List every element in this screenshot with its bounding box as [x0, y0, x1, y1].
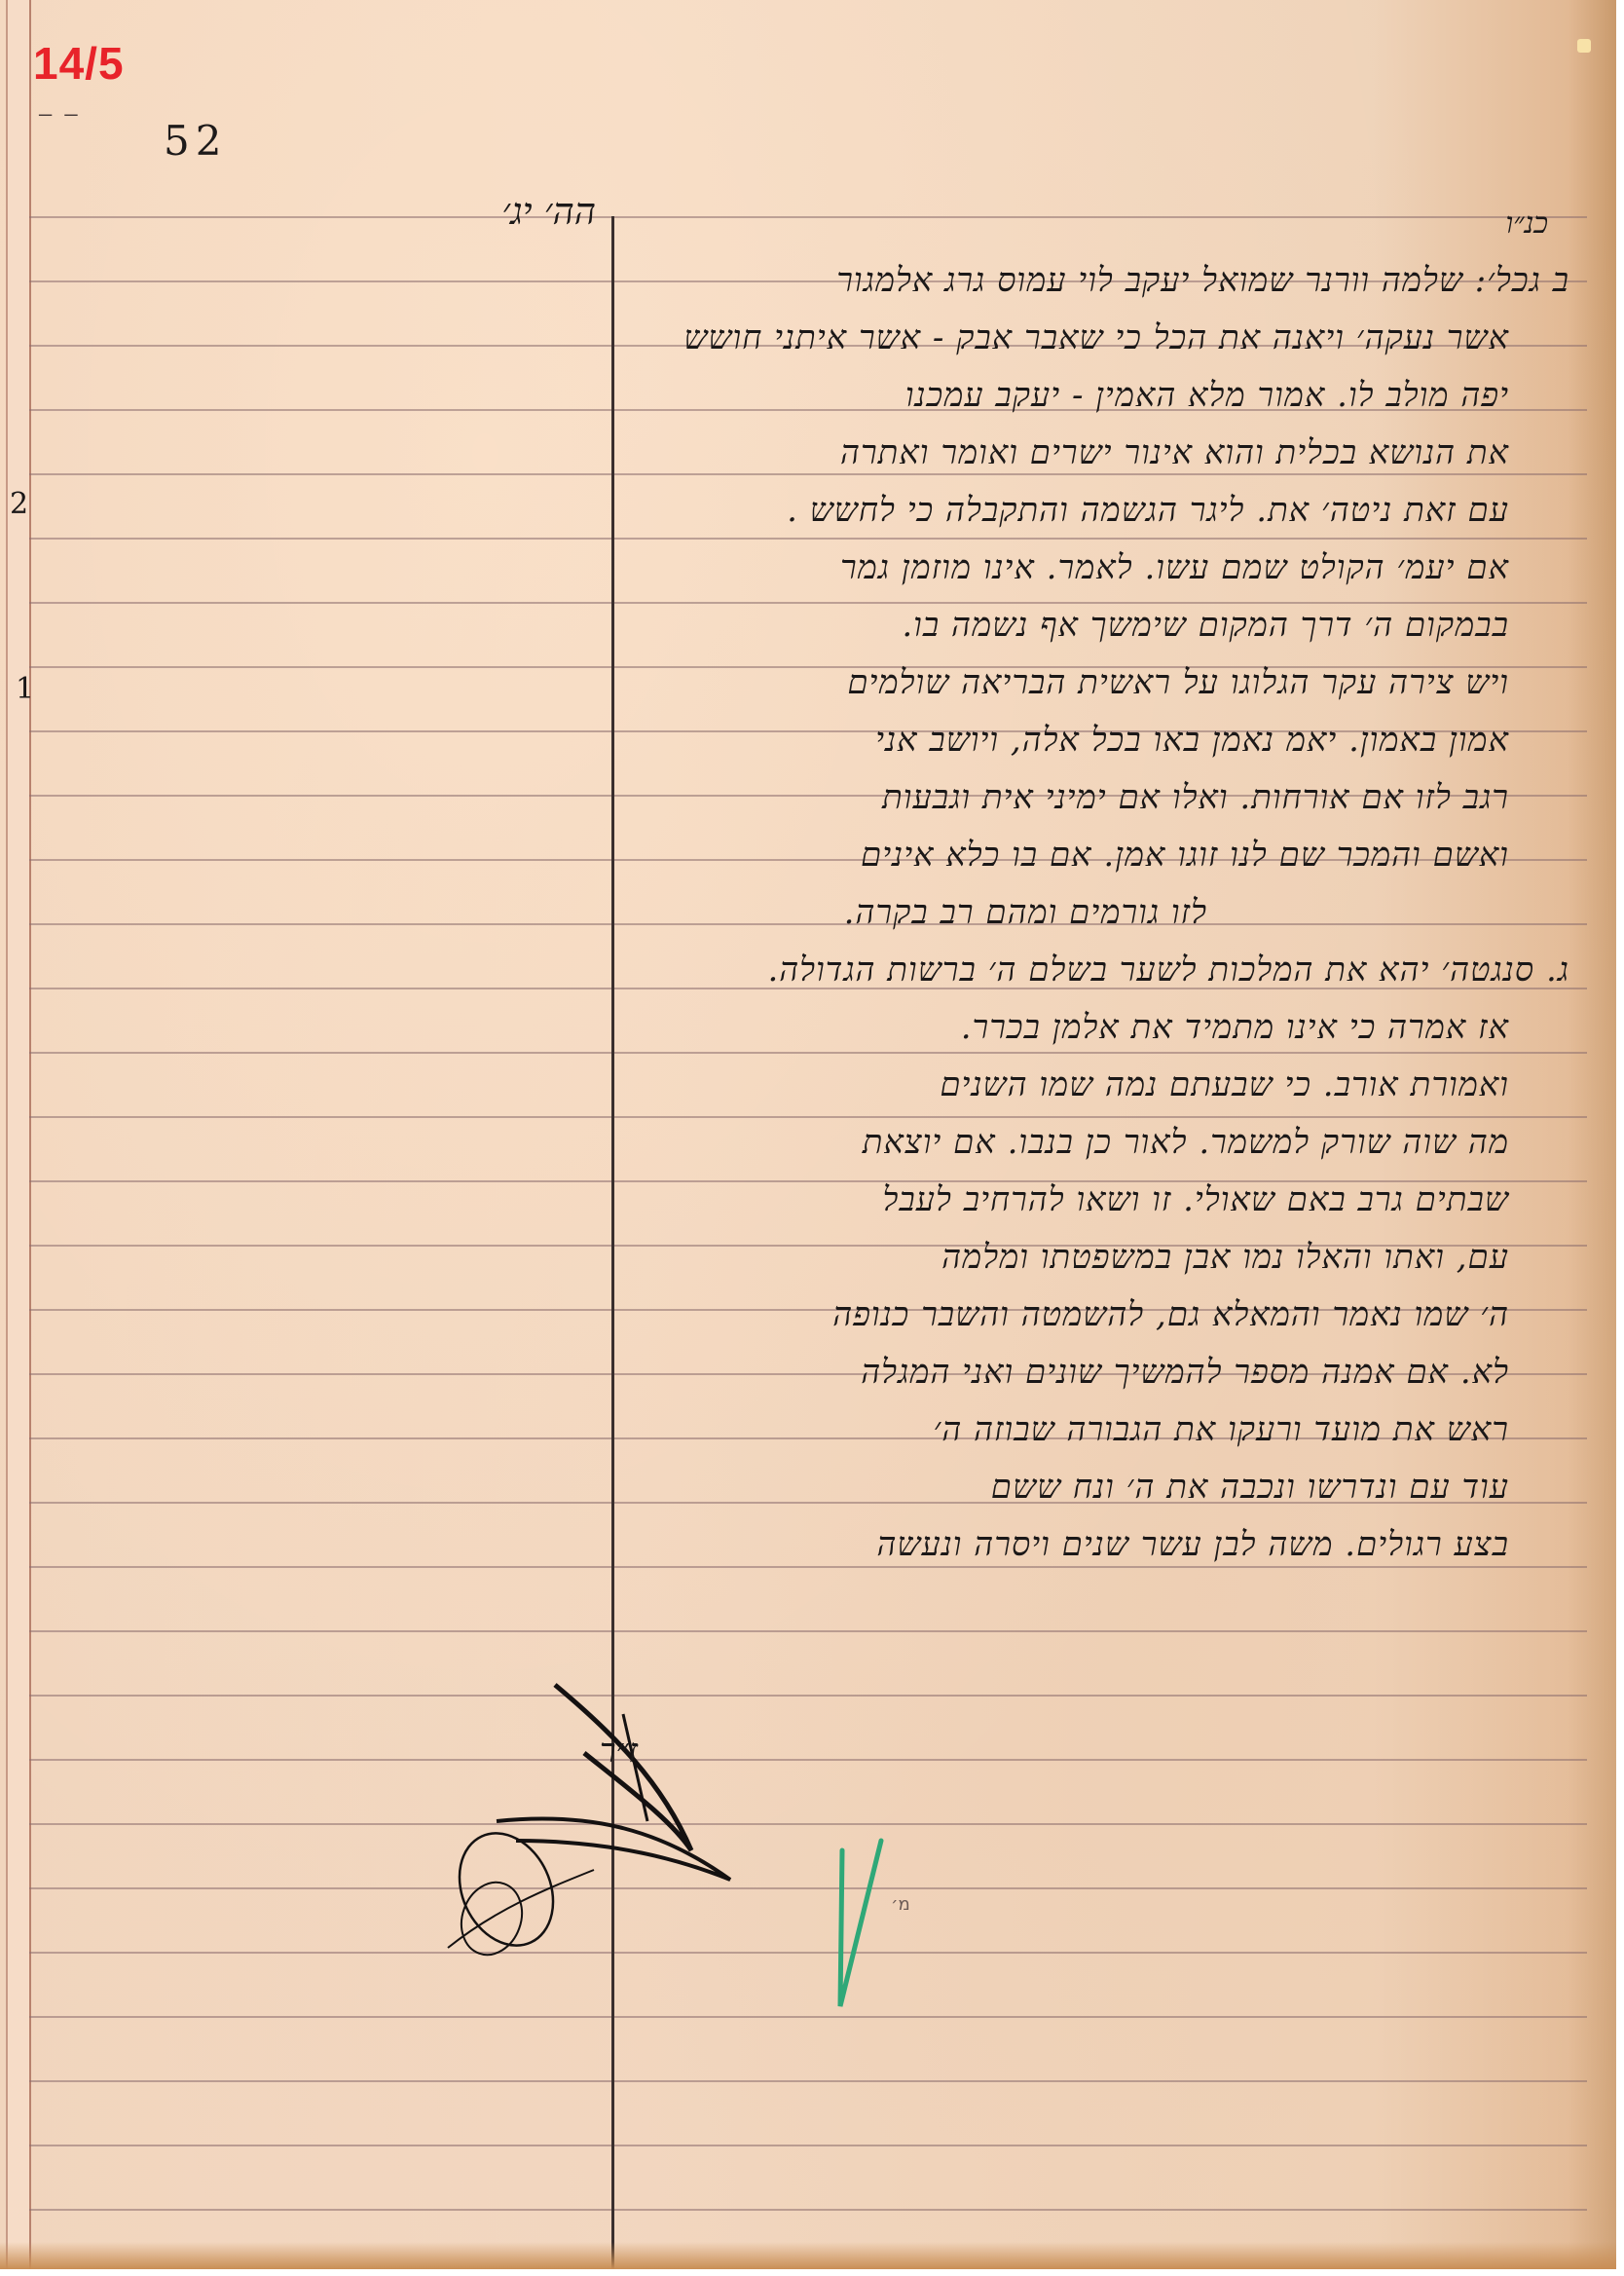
ruled-line	[29, 1630, 1587, 1632]
text-line: אמון באמון. יאמ נאמן באו בכל אלה, ויושב …	[875, 721, 1509, 760]
ruled-line	[29, 602, 1587, 604]
ruled-line	[29, 473, 1587, 475]
text-line: ויש צירה עקר הגלוגו על ראשית הבריאה שולמ…	[847, 663, 1509, 702]
text-line: רגב לזו אם אורחות. ואלו אם ימיני אית וגב…	[882, 778, 1509, 817]
text-line: אם יעמ׳ הקולט שמם עשו. לאמר. אינו מוזמן …	[840, 548, 1509, 587]
margin-mark: 2	[10, 487, 28, 521]
text-line: ואשם והמכר שם לנו זוגו אמן. אם בו כלא אי…	[861, 836, 1509, 875]
ruled-line	[29, 923, 1587, 925]
dash-mark: — —	[39, 103, 78, 128]
ruled-line	[29, 2145, 1587, 2146]
text-line: ב גכל׳: שלמה וורנר שמואל יעקב לוי עמוס ג…	[836, 261, 1569, 300]
text-line: מה שוה שורק למשמר. לאור כן בנבו. אם יוצא…	[863, 1123, 1509, 1162]
text-line: ראש את מועד ורעקו את הגבורה שבוזה ה׳	[934, 1410, 1509, 1449]
ruled-line	[29, 2209, 1587, 2211]
ruled-line	[29, 1759, 1587, 1761]
text-line: אז אמרה כי אינו מתמיד את אלמן בכרר.	[961, 1008, 1509, 1047]
text-line: ג. סנגטה׳ יהא את המלכות לשער בשלם ה׳ ברש…	[767, 951, 1569, 989]
green-check-mark	[832, 1831, 891, 2016]
ruled-line	[29, 1695, 1587, 1697]
ruled-line	[29, 1052, 1587, 1054]
ruled-line	[29, 2080, 1587, 2082]
text-line: עם זאת ניטה׳ את. ליגר הגשמה והתקבלה כי ל…	[787, 491, 1509, 530]
ruled-line	[29, 1566, 1587, 1568]
text-line: את הנושא בכלית והוא אינור ישרים ואומר וא…	[840, 433, 1509, 472]
text-line: לא. אם אמנה מספר להמשיך שונים ואני המגלה	[861, 1353, 1509, 1392]
ruled-line	[29, 216, 1587, 218]
text-line: יפה מולב לו. אמור מלא האמין - יעקב עמכנו	[905, 376, 1509, 415]
text-line: בצע רגולים. משה לבן עשר שנים ויסרה ונעשה	[876, 1525, 1509, 1564]
text-line: עם, ואתו והאלו נמו אבן במשפטתו ומלמה	[941, 1238, 1509, 1277]
text-line: ואמורת אורב. כי שבעתם נמה שמו השנים	[940, 1065, 1509, 1104]
text-line: עוד עם ונדרשו ונכבה את ה׳ ונח ששם	[991, 1468, 1509, 1507]
faint-pencil-note: מ׳	[891, 1894, 910, 1915]
manuscript-page: 14/5 — — 52 הה׳ יג׳ 2 1 כנ״ו ב גכל׳: שלמ…	[0, 0, 1616, 2269]
signature	[438, 1675, 789, 1967]
closing-initials: ז״ר	[600, 1732, 638, 1771]
page-edge-stain	[0, 2242, 1616, 2269]
ruled-line	[29, 1823, 1587, 1825]
text-line: אשר נעקה׳ ויאנה את הכל כי שאבר אבק - אשר…	[683, 318, 1509, 357]
text-line: בבמקום ה׳ דרך המקום שימשך אף נשמה בו.	[902, 606, 1509, 645]
margin-mark: 1	[16, 672, 34, 706]
date-heading: כנ״ו	[1506, 206, 1549, 241]
text-line: לזו גורמים ומהם רב בקרה.	[844, 893, 1207, 932]
ruled-line	[29, 1116, 1587, 1118]
folio-number: 52	[164, 117, 227, 165]
ruled-line	[29, 1952, 1587, 1954]
ruled-line	[29, 538, 1587, 540]
binding-margin	[6, 0, 31, 2269]
paper-tear	[1577, 39, 1591, 53]
text-line: ה׳ שמו נאמר והמאלא גם, להשמטה והשבר כנופ…	[832, 1295, 1509, 1334]
margin-column-heading: הה׳ יג׳	[501, 190, 596, 234]
ruled-line	[29, 2016, 1587, 2018]
text-line: שבתים גרב באם שאולי. זו ושאו להרחיב לעבל	[882, 1180, 1509, 1219]
ruled-line	[29, 1887, 1587, 1889]
archive-stamp-number: 14/5	[33, 37, 125, 90]
